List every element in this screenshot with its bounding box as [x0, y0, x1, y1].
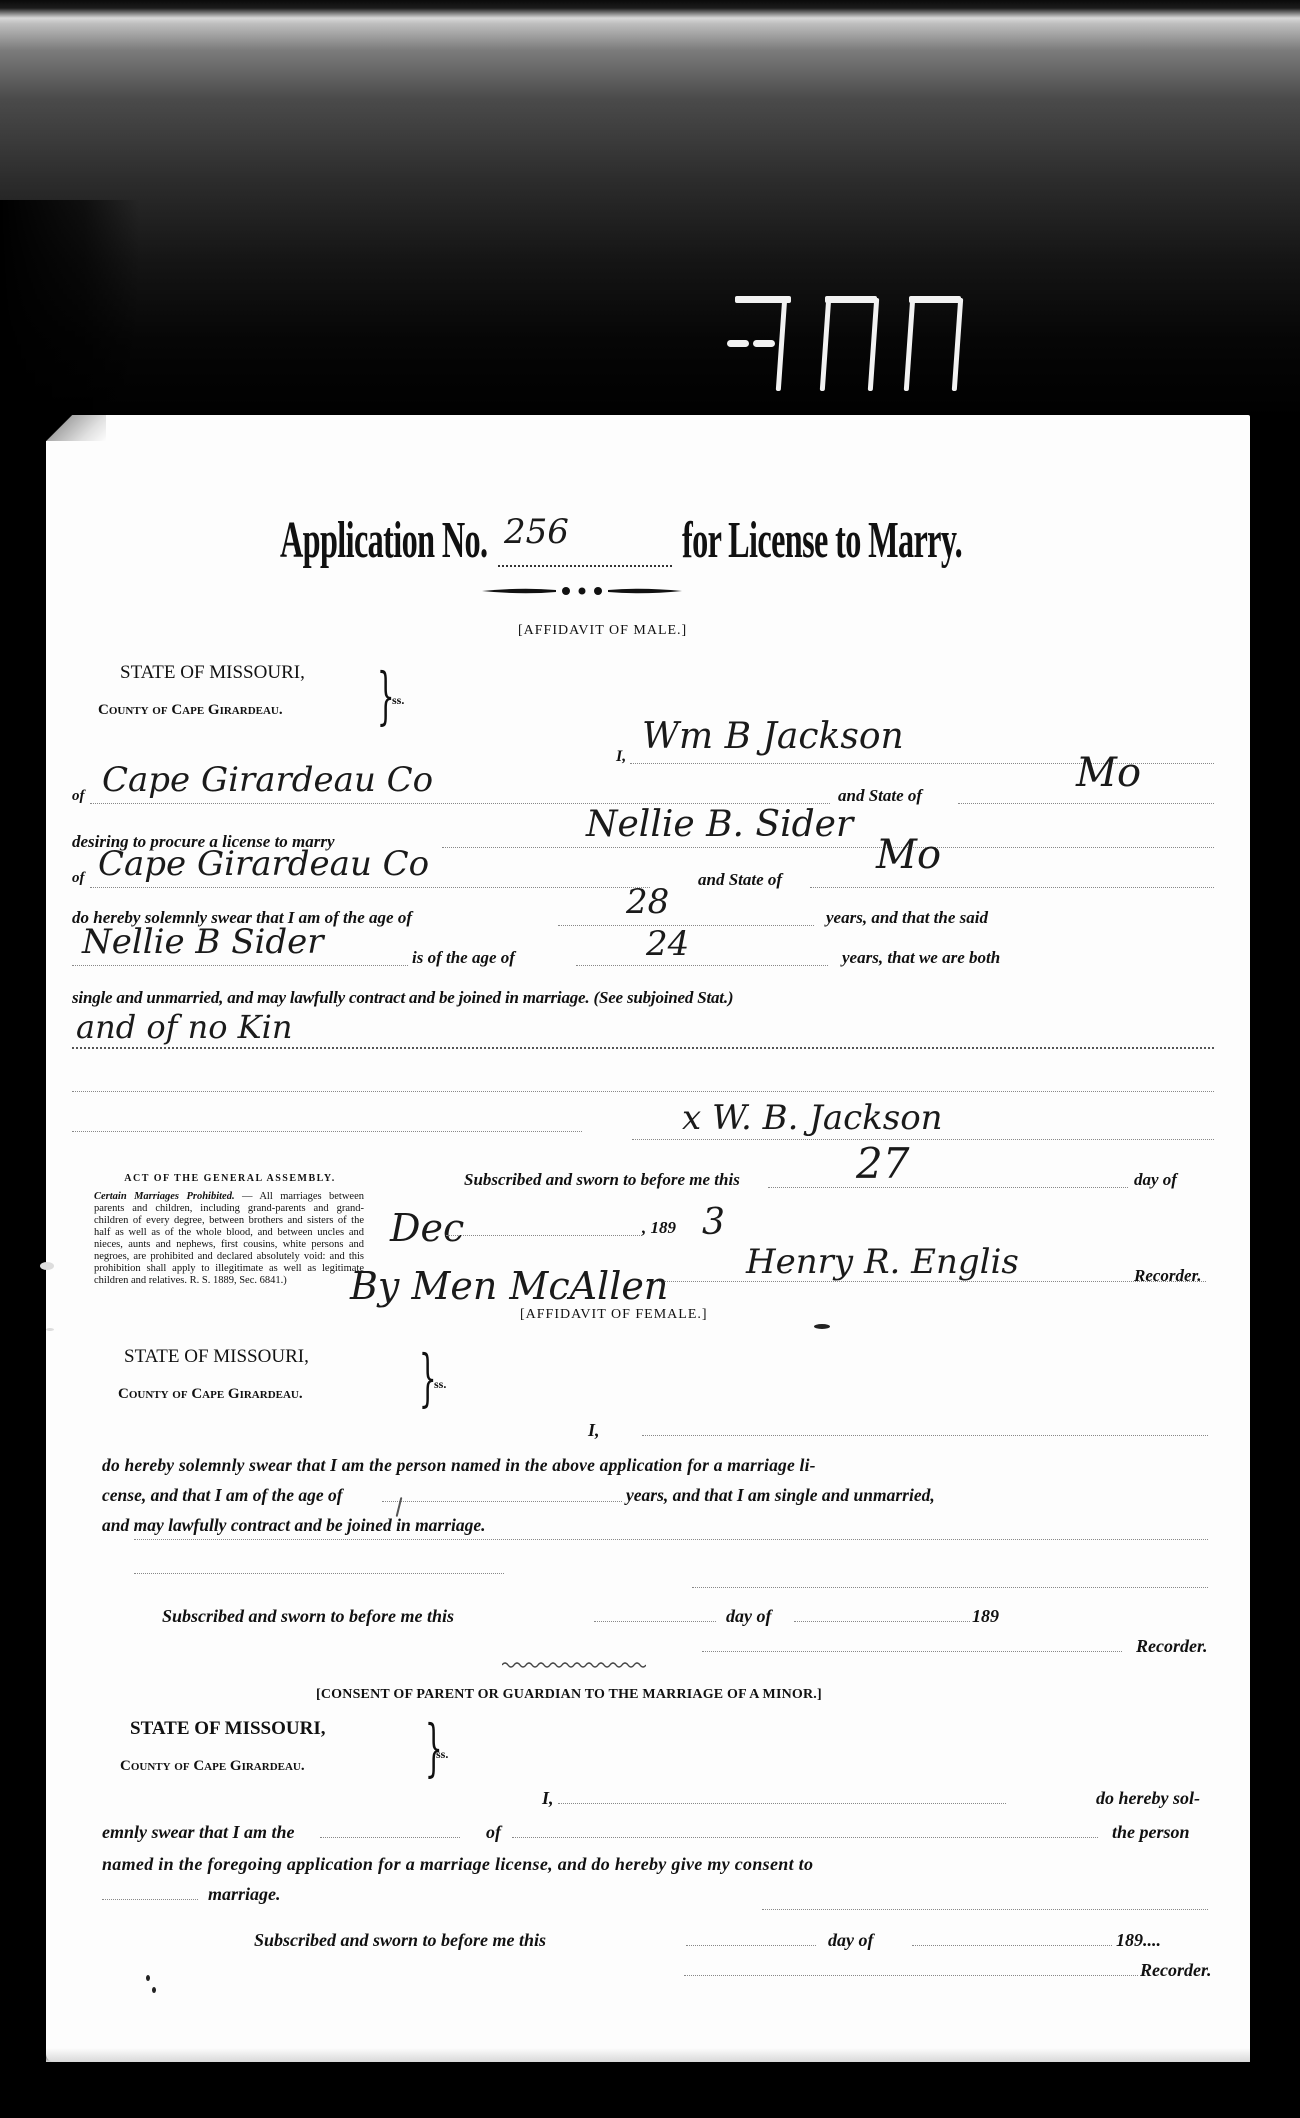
female-oath-line-1: do hereby solemnly swear that I am the p… — [102, 1457, 816, 1475]
statute-body: — All marriages between parents and chil… — [94, 1191, 364, 1286]
frame-digit-0 — [819, 296, 881, 391]
venue-county: County of Cape Girardeau. — [98, 703, 283, 718]
day-of-text: day of — [1134, 1171, 1177, 1188]
applicant-age: 28 — [626, 885, 669, 919]
bride-state: Mo — [876, 835, 941, 875]
bride-county-line — [90, 887, 650, 888]
day-of-text: day of — [726, 1607, 771, 1625]
i-label: I, — [588, 1421, 600, 1439]
and-state-of-label-2: and State of — [698, 871, 782, 888]
recorder-label: Recorder. — [1140, 1961, 1212, 1979]
is-of-age-text: is of the age of — [412, 949, 515, 966]
ss-label: ss. — [436, 1747, 448, 1762]
i-label: I, — [616, 749, 626, 765]
female-oath-line-3: and may lawfully contract and be joined … — [102, 1517, 486, 1535]
kinship-note: and of no Kin — [76, 1011, 292, 1043]
statute-title: ACT OF THE GENERAL ASSEMBLY. — [110, 1173, 350, 1184]
frame-digit-0 — [903, 296, 965, 391]
jurat-month: Dec — [390, 1209, 464, 1247]
bride-name-line — [442, 847, 1214, 848]
year-prefix: , 189 — [642, 1219, 676, 1236]
of-label: of — [72, 789, 85, 804]
paper-corner-curl — [46, 415, 106, 441]
bride-name: Nellie B. Sider — [586, 807, 853, 843]
jurat-day: 27 — [856, 1143, 909, 1185]
male-affidavit-heading: [AFFIDAVIT OF MALE.] — [518, 623, 687, 639]
subscribed-text: Subscribed and sworn to before me this — [254, 1931, 546, 1949]
ss-label: ss. — [392, 693, 404, 708]
parent-signature-line — [762, 1909, 1208, 1910]
applicant-state: Mo — [1076, 753, 1141, 793]
female-oath-line-2a: cense, and that I am of the age of — [102, 1487, 343, 1505]
ornament-divider-icon — [482, 586, 682, 596]
note-line — [72, 1047, 1214, 1049]
statute-text: Certain Marriages Prohibited. — All marr… — [94, 1191, 364, 1287]
of-label-2: of — [72, 871, 85, 886]
years-said-text: years, and that the said — [826, 909, 988, 926]
applicant-state-line — [958, 803, 1214, 804]
consent-line-4-blank — [102, 1899, 198, 1900]
i-label: I, — [542, 1789, 554, 1807]
deputy-signature: By Men McAllen — [350, 1267, 668, 1305]
year-label: 189.... — [1116, 1931, 1161, 1949]
bride-county: Cape Girardeau Co — [98, 847, 429, 881]
frame-counter — [735, 296, 965, 391]
consent-heading: [CONSENT OF PARENT OR GUARDIAN TO THE MA… — [316, 1687, 822, 1703]
month-line — [912, 1945, 1112, 1946]
bride-age-line — [576, 965, 828, 966]
year-label: 189 — [972, 1607, 999, 1625]
recorder-line — [684, 1975, 1138, 1976]
single-unmarried-text: single and unmarried, and may lawfully c… — [72, 989, 733, 1006]
bride-name-repeat: Nellie B Sider — [82, 925, 324, 959]
ink-speck — [152, 1987, 156, 1993]
consent-line-4: marriage. — [208, 1885, 281, 1903]
female-signature-line-3 — [692, 1587, 1208, 1588]
subscribed-text: Subscribed and sworn to before me this — [464, 1171, 740, 1188]
consent-of-label: of — [486, 1823, 501, 1841]
marriage-license-application: Application No. 256 for License to Marry… — [46, 415, 1250, 2062]
bride-state-line — [810, 887, 1214, 888]
recorder-label: Recorder. — [1136, 1637, 1208, 1655]
consent-line-2a: emnly swear that I am the — [102, 1823, 295, 1841]
application-number: 256 — [504, 515, 569, 549]
wavy-rule-icon — [502, 1661, 646, 1669]
applicant-signature: x W. B. Jackson — [682, 1101, 943, 1135]
film-artifact — [46, 1328, 54, 1331]
do-hereby-sol: do hereby sol- — [1096, 1789, 1200, 1807]
month-line — [794, 1621, 970, 1622]
venue-state: STATE OF MISSOURI, — [130, 1719, 326, 1738]
relation-line — [320, 1837, 460, 1838]
bride-age: 24 — [646, 927, 689, 961]
statute-heading: Certain Marriages Prohibited. — [94, 1191, 235, 1202]
applicant-name: Wm B Jackson — [642, 719, 904, 755]
frame-digit-7 — [735, 296, 797, 391]
female-affidavit-heading: [AFFIDAVIT OF FEMALE.] — [520, 1307, 708, 1323]
month-line — [446, 1235, 642, 1236]
female-oath-line-2b: years, and that I am single and unmarrie… — [626, 1487, 935, 1505]
application-number-line — [498, 565, 672, 567]
venue-state: STATE OF MISSOURI, — [120, 663, 305, 682]
paper-shadow — [46, 2048, 1250, 2062]
venue-county: County of Cape Girardeau. — [118, 1387, 303, 1402]
document-title-prefix: Application No. — [280, 515, 487, 567]
microfilm-background — [0, 0, 1300, 420]
film-artifact — [40, 1262, 54, 1270]
female-signature-line-2 — [134, 1573, 504, 1574]
ink-speck — [146, 1975, 150, 1981]
day-line — [768, 1187, 1128, 1188]
ink-speck — [814, 1324, 830, 1329]
note-line-2 — [72, 1091, 1214, 1092]
female-signature-line — [134, 1539, 1208, 1540]
year-suffix: 3 — [702, 1205, 725, 1241]
parent-name-line — [558, 1803, 1006, 1804]
female-name-line — [642, 1435, 1208, 1436]
venue-state: STATE OF MISSOURI, — [124, 1347, 309, 1366]
note-line-3 — [72, 1131, 582, 1132]
bride-name-repeat-line — [72, 965, 408, 966]
day-line — [594, 1621, 716, 1622]
recorder-signature: Henry R. Englis — [746, 1245, 1019, 1279]
venue-county: County of Cape Girardeau. — [120, 1759, 305, 1774]
subscribed-text: Subscribed and sworn to before me this — [162, 1607, 454, 1625]
shadow — [0, 200, 140, 420]
recorder-label: Recorder. — [1134, 1267, 1202, 1284]
recorder-line — [702, 1651, 1122, 1652]
and-state-of-label: and State of — [838, 787, 922, 804]
document-title-suffix: for License to Marry. — [682, 515, 962, 567]
applicant-county: Cape Girardeau Co — [102, 763, 433, 797]
years-both-text: years, that we are both — [842, 949, 1000, 966]
consent-line-2b: the person — [1112, 1823, 1190, 1841]
signature-line — [632, 1139, 1214, 1140]
minor-name-line — [512, 1837, 1098, 1838]
consent-line-3: named in the foregoing application for a… — [102, 1855, 813, 1873]
ss-label: ss. — [434, 1377, 446, 1392]
female-age-line — [382, 1501, 622, 1502]
day-of-text: day of — [828, 1931, 873, 1949]
day-line — [686, 1945, 816, 1946]
